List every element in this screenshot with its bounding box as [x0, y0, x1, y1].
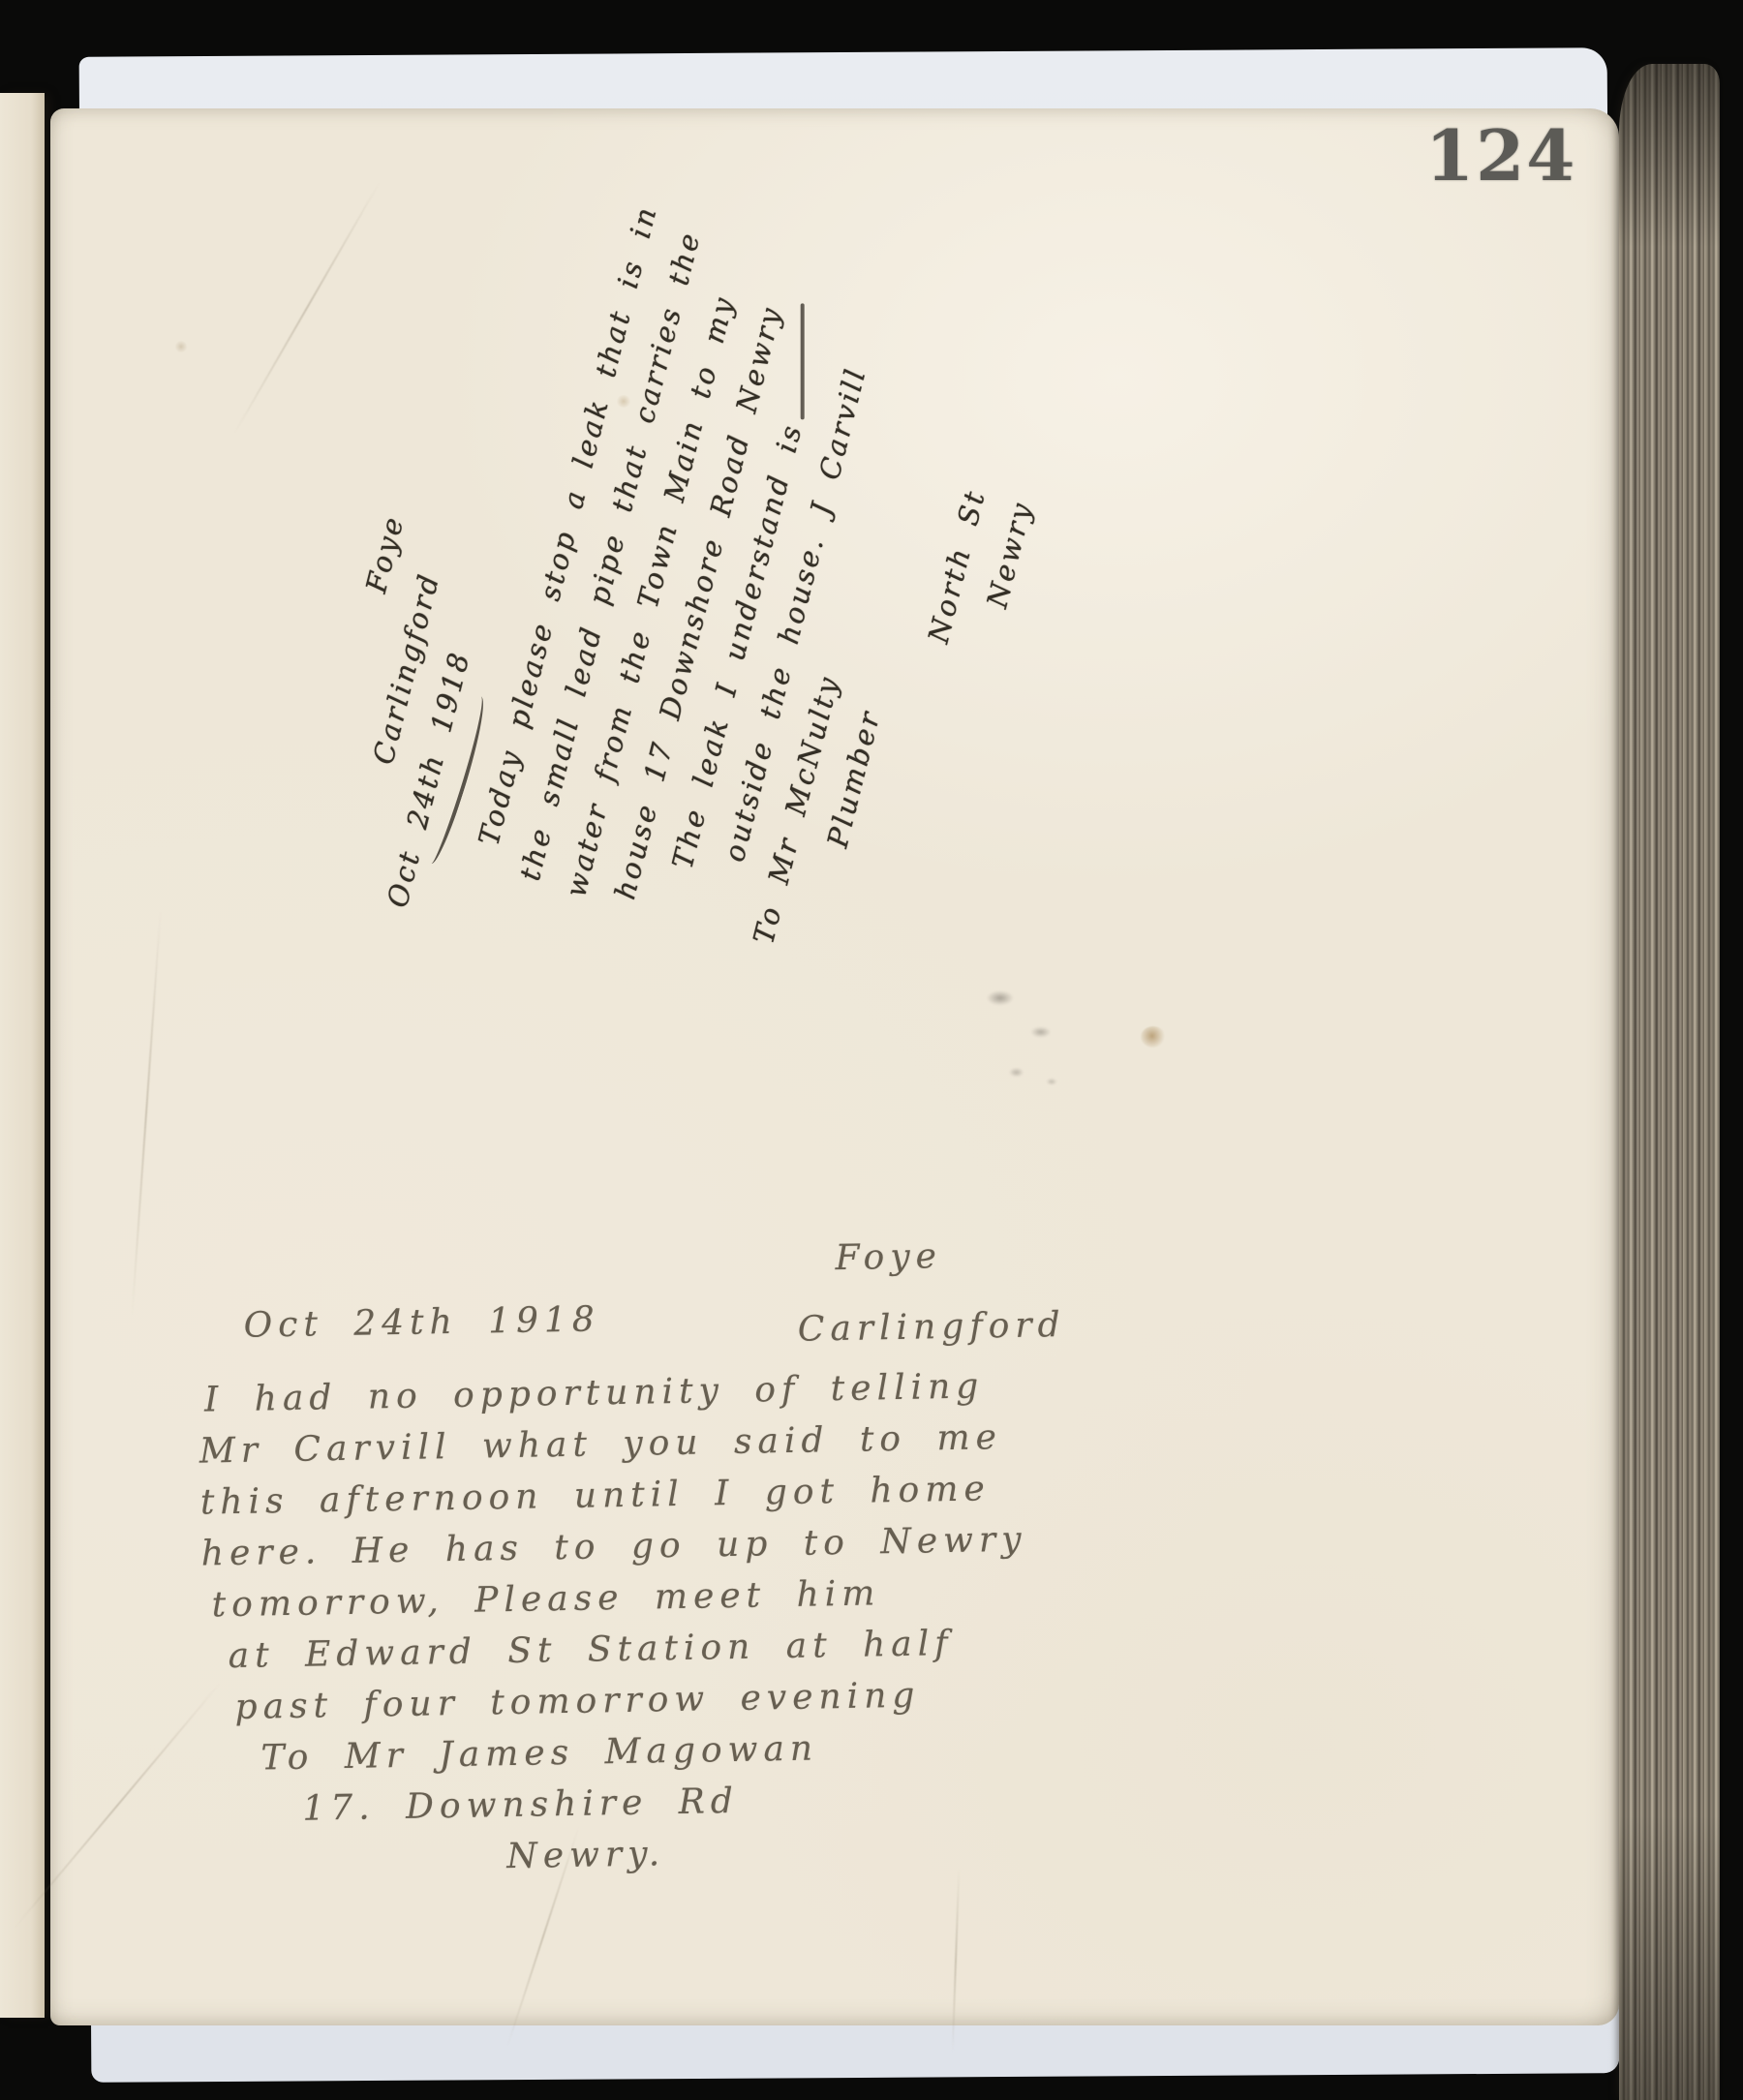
ink-smudge	[957, 955, 1092, 1110]
previous-page-edge	[0, 93, 45, 2018]
foxing-spot	[174, 341, 188, 352]
letter-bottom-place-line: Foye	[835, 1231, 942, 1284]
pen-stroke-flourish	[801, 303, 805, 419]
foxing-spot	[616, 395, 631, 408]
book-fore-edge-pages	[1619, 64, 1720, 2100]
letter-bottom-place-line: Carlingford	[797, 1299, 1066, 1355]
letter-bottom-date: Oct 24th 1918	[243, 1293, 600, 1351]
letter-bottom-pencil: Foye Oct 24th 1918 Carlingford I had no …	[196, 1233, 1155, 1887]
stain-spot	[1141, 1026, 1166, 1048]
scanned-letterbook-photo: 124 Foye Carlingford Oct 24th 1918 Today…	[0, 0, 1743, 2100]
folio-number-stamp: 124	[1425, 114, 1576, 197]
